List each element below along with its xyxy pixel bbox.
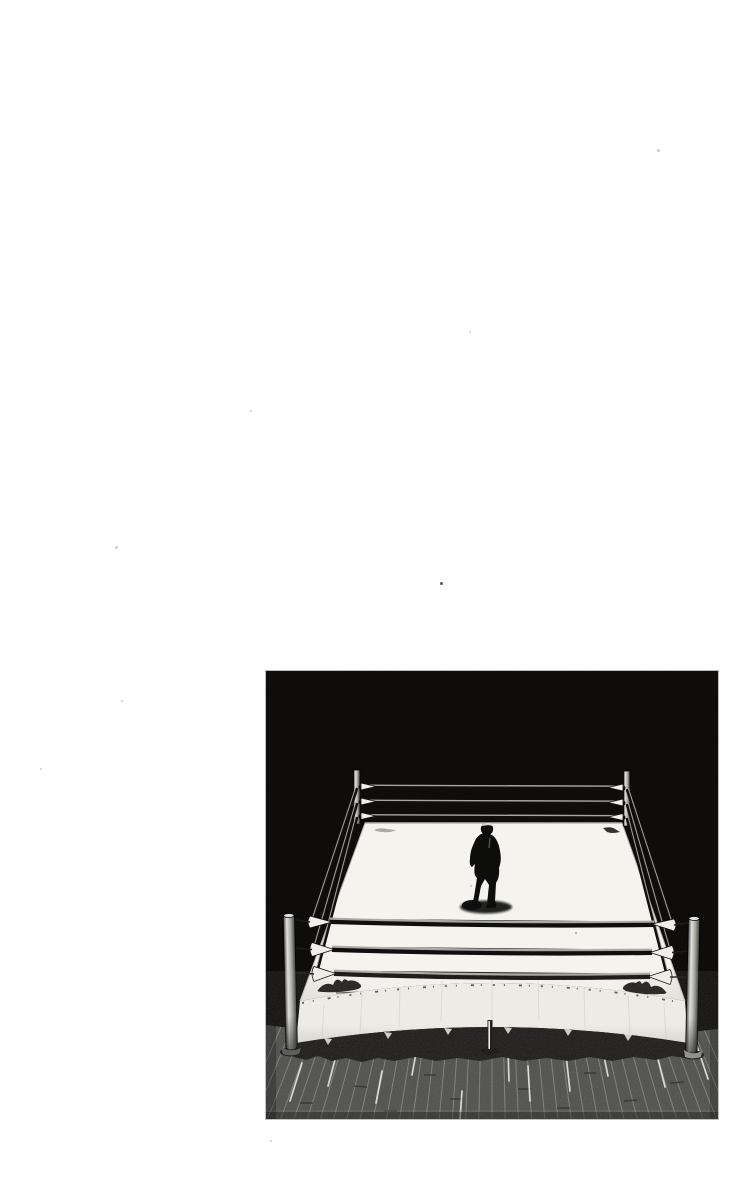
grain-panel: [266, 671, 718, 1119]
page: [0, 0, 756, 1200]
page-speck: [657, 149, 660, 152]
manga-panel: [266, 671, 718, 1119]
page-speck: [40, 768, 42, 770]
page-speck: [270, 1140, 272, 1142]
page-speck: [115, 546, 118, 549]
page-speck: [121, 700, 123, 702]
page-speck: [250, 410, 252, 412]
page-speck: [440, 582, 443, 585]
page-speck: [469, 331, 471, 333]
panel-art: [266, 671, 718, 1119]
